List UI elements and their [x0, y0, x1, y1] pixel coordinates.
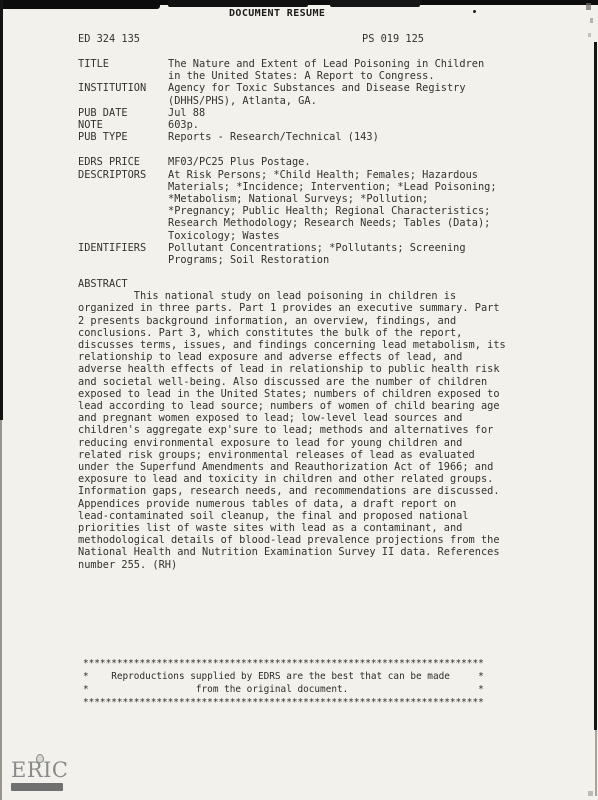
document-resume-title: DOCUMENT RESUME [229, 8, 325, 19]
field-row-identifiers: IDENTIFIERS Pollutant Concentrations; *P… [78, 242, 497, 266]
top-edge-scan-artifact [168, 0, 308, 7]
margin-mark-artifact [586, 3, 591, 10]
field-value: 603p. [168, 119, 199, 131]
field-row-pub-type: PUB TYPE Reports - Research/Technical (1… [78, 131, 497, 143]
reproduction-notice: ****************************************… [83, 657, 484, 709]
scanned-document-page: DOCUMENT RESUME ED 324 135 PS 019 125 TI… [0, 0, 598, 800]
margin-mark-artifact [590, 18, 593, 23]
field-row-pub-date: PUB DATE Jul 88 [78, 107, 497, 119]
left-edge-scan-artifact [0, 0, 3, 420]
abstract-section: ABSTRACT This national study on lead poi… [78, 278, 506, 571]
reproduction-notice-text: ****************************************… [83, 657, 484, 709]
field-label: EDRS PRICE [78, 156, 168, 168]
field-row-note: NOTE 603p. [78, 119, 497, 131]
field-label: DESCRIPTORS [78, 169, 168, 181]
margin-mark-artifact [588, 791, 593, 796]
bibliographic-fields: TITLE The Nature and Extent of Lead Pois… [78, 58, 497, 266]
margin-mark-artifact [588, 33, 591, 37]
top-edge-scan-artifact [0, 0, 160, 9]
clearinghouse-number: PS 019 125 [362, 33, 424, 45]
abstract-label: ABSTRACT [78, 278, 506, 290]
right-edge-scan-artifact [594, 42, 597, 730]
field-label: PUB DATE [78, 107, 168, 119]
field-value: The Nature and Extent of Lead Poisoning … [168, 58, 484, 82]
field-value: MF03/PC25 Plus Postage. [168, 156, 311, 168]
field-value: At Risk Persons; *Child Health; Females;… [168, 169, 497, 242]
field-label: TITLE [78, 58, 168, 70]
ed-accession-number: ED 324 135 [78, 33, 140, 45]
left-edge-scan-artifact [0, 420, 2, 800]
field-row-institution: INSTITUTION Agency for Toxic Substances … [78, 82, 497, 106]
eric-logo-text: ERIC [11, 760, 69, 781]
field-row-edrs-price: EDRS PRICE MF03/PC25 Plus Postage. [78, 156, 497, 168]
ink-dot-artifact [473, 10, 476, 13]
abstract-text: This national study on lead poisoning in… [78, 290, 506, 571]
field-value: Jul 88 [168, 107, 205, 119]
field-value: Reports - Research/Technical (143) [168, 131, 379, 143]
top-edge-scan-artifact [330, 0, 420, 7]
field-row-descriptors: DESCRIPTORS At Risk Persons; *Child Heal… [78, 169, 497, 242]
field-row-title: TITLE The Nature and Extent of Lead Pois… [78, 58, 497, 82]
eric-logo: ERIC [11, 757, 71, 793]
right-edge-scan-artifact [595, 730, 597, 796]
field-label: PUB TYPE [78, 131, 168, 143]
field-label: NOTE [78, 119, 168, 131]
field-value: Agency for Toxic Substances and Disease … [168, 82, 466, 106]
field-label: INSTITUTION [78, 82, 168, 94]
field-value: Pollutant Concentrations; *Pollutants; S… [168, 242, 466, 266]
field-label: IDENTIFIERS [78, 242, 168, 254]
eric-logo-banner [11, 783, 63, 791]
